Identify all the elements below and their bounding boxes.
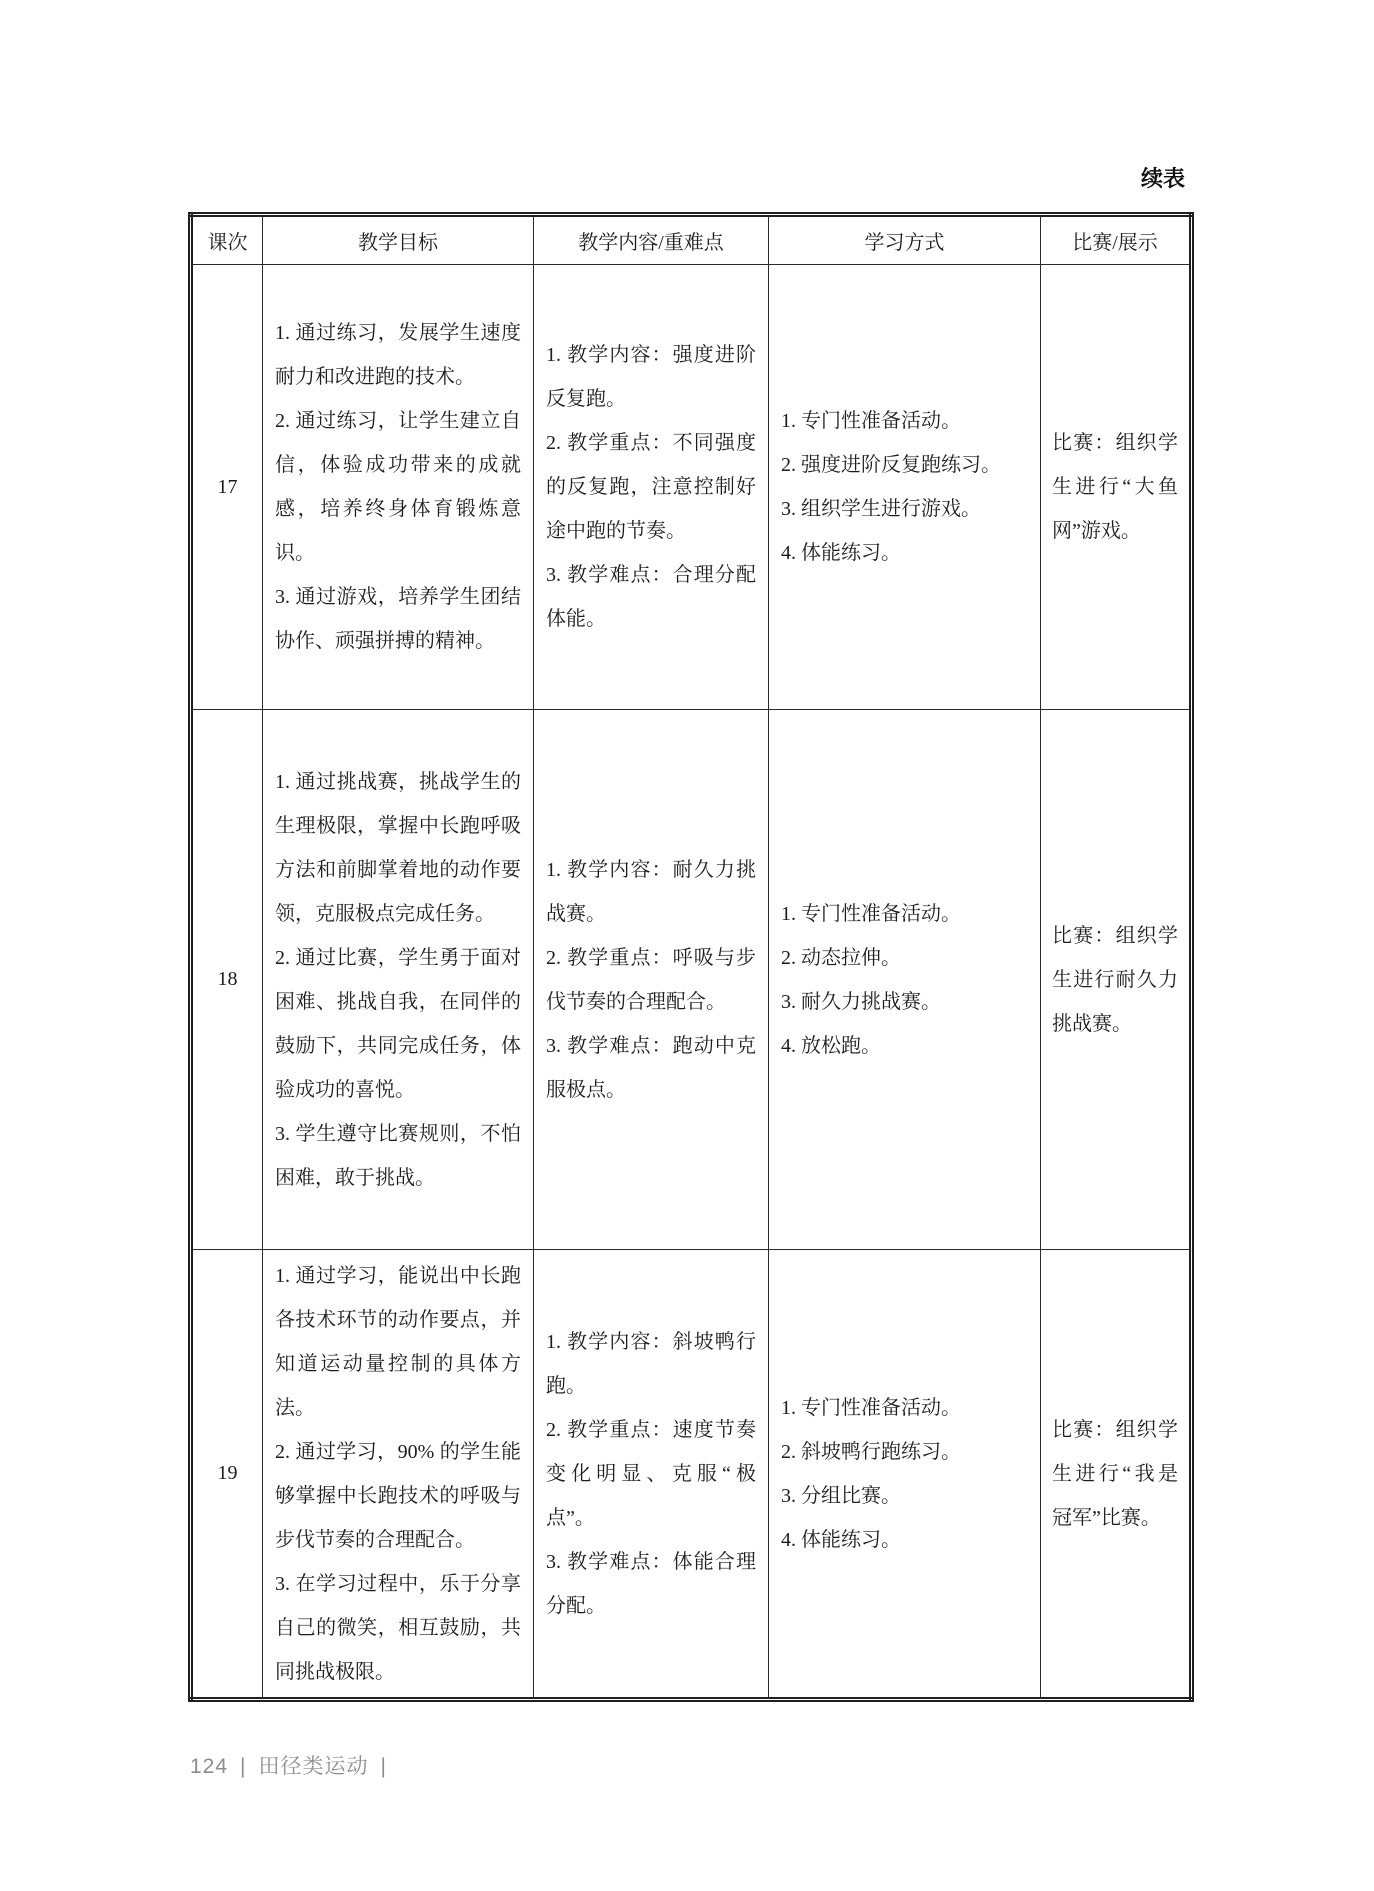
competition-cell: 比赛：组织学生进行“大鱼网”游戏。 bbox=[1041, 265, 1192, 710]
header-objectives: 教学目标 bbox=[263, 215, 534, 265]
page-number: 124 bbox=[190, 1755, 228, 1778]
list-item: 2. 动态拉伸。 bbox=[781, 936, 1028, 980]
header-competition: 比赛/展示 bbox=[1041, 215, 1192, 265]
lesson-plan-table: 课次 教学目标 教学内容/重难点 学习方式 比赛/展示 171. 通过练习，发展… bbox=[188, 212, 1194, 1702]
list-item: 1. 通过挑战赛，挑战学生的生理极限，掌握中长跑呼吸方法和前脚掌着地的动作要领，… bbox=[275, 760, 521, 936]
book-page: 续表 课次 教学目标 教学内容/重难点 学习方式 比赛/展示 171. 通过练习… bbox=[0, 0, 1374, 1891]
list-item: 4. 放松跑。 bbox=[781, 1024, 1028, 1068]
footer-section-title: 田径类运动 bbox=[259, 1755, 369, 1778]
list-item: 2. 教学重点：不同强度的反复跑，注意控制好途中跑的节奏。 bbox=[546, 421, 756, 553]
list-item: 1. 通过练习，发展学生速度耐力和改进跑的技术。 bbox=[275, 311, 521, 399]
list-item: 1. 通过学习，能说出中长跑各技术环节的动作要点，并知道运动量控制的具体方法。 bbox=[275, 1254, 521, 1430]
objectives-cell: 1. 通过学习，能说出中长跑各技术环节的动作要点，并知道运动量控制的具体方法。2… bbox=[263, 1250, 534, 1700]
competition-cell: 比赛：组织学生进行“我是冠军”比赛。 bbox=[1041, 1250, 1192, 1700]
list-item: 2. 强度进阶反复跑练习。 bbox=[781, 443, 1028, 487]
methods-cell: 1. 专门性准备活动。2. 动态拉伸。3. 耐久力挑战赛。4. 放松跑。 bbox=[769, 710, 1041, 1250]
list-item: 3. 教学难点：跑动中克服极点。 bbox=[546, 1024, 756, 1112]
list-item: 1. 专门性准备活动。 bbox=[781, 399, 1028, 443]
header-content: 教学内容/重难点 bbox=[534, 215, 769, 265]
list-item: 1. 专门性准备活动。 bbox=[781, 1386, 1028, 1430]
content-cell: 1. 教学内容：斜坡鸭行跑。2. 教学重点：速度节奏变化明显、克服“极点”。3.… bbox=[534, 1250, 769, 1700]
continued-table-label: 续表 bbox=[1141, 162, 1185, 193]
list-item: 2. 通过比赛，学生勇于面对困难、挑战自我，在同伴的鼓励下，共同完成任务，体验成… bbox=[275, 936, 521, 1112]
objectives-cell: 1. 通过挑战赛，挑战学生的生理极限，掌握中长跑呼吸方法和前脚掌着地的动作要领，… bbox=[263, 710, 534, 1250]
list-item: 1. 教学内容：斜坡鸭行跑。 bbox=[546, 1320, 756, 1408]
competition-cell: 比赛：组织学生进行耐久力挑战赛。 bbox=[1041, 710, 1192, 1250]
list-item: 4. 体能练习。 bbox=[781, 531, 1028, 575]
list-item: 3. 教学难点：合理分配体能。 bbox=[546, 553, 756, 641]
methods-cell: 1. 专门性准备活动。2. 强度进阶反复跑练习。3. 组织学生进行游戏。4. 体… bbox=[769, 265, 1041, 710]
list-item: 4. 体能练习。 bbox=[781, 1518, 1028, 1562]
header-lesson: 课次 bbox=[191, 215, 263, 265]
list-item: 3. 耐久力挑战赛。 bbox=[781, 980, 1028, 1024]
list-item: 3. 学生遵守比赛规则，不怕困难，敢于挑战。 bbox=[275, 1112, 521, 1200]
list-item: 2. 通过练习，让学生建立自信，体验成功带来的成就感，培养终身体育锻炼意识。 bbox=[275, 399, 521, 575]
table-row: 181. 通过挑战赛，挑战学生的生理极限，掌握中长跑呼吸方法和前脚掌着地的动作要… bbox=[191, 710, 1192, 1250]
lesson-number-cell: 19 bbox=[191, 1250, 263, 1700]
table-header-row: 课次 教学目标 教学内容/重难点 学习方式 比赛/展示 bbox=[191, 215, 1192, 265]
list-item: 2. 斜坡鸭行跑练习。 bbox=[781, 1430, 1028, 1474]
table-row: 191. 通过学习，能说出中长跑各技术环节的动作要点，并知道运动量控制的具体方法… bbox=[191, 1250, 1192, 1700]
list-item: 1. 专门性准备活动。 bbox=[781, 892, 1028, 936]
methods-cell: 1. 专门性准备活动。2. 斜坡鸭行跑练习。3. 分组比赛。4. 体能练习。 bbox=[769, 1250, 1041, 1700]
list-item: 2. 教学重点：呼吸与步伐节奏的合理配合。 bbox=[546, 936, 756, 1024]
page-footer: 124|田径类运动| bbox=[190, 1750, 399, 1780]
list-item: 1. 教学内容：耐久力挑战赛。 bbox=[546, 848, 756, 936]
header-methods: 学习方式 bbox=[769, 215, 1041, 265]
list-item: 3. 教学难点：体能合理分配。 bbox=[546, 1540, 756, 1628]
list-item: 3. 通过游戏，培养学生团结协作、顽强拼搏的精神。 bbox=[275, 575, 521, 663]
list-item: 1. 教学内容：强度进阶反复跑。 bbox=[546, 333, 756, 421]
footer-divider: | bbox=[240, 1755, 246, 1778]
list-item: 3. 组织学生进行游戏。 bbox=[781, 487, 1028, 531]
list-item: 2. 教学重点：速度节奏变化明显、克服“极点”。 bbox=[546, 1408, 756, 1540]
list-item: 2. 通过学习，90% 的学生能够掌握中长跑技术的呼吸与步伐节奏的合理配合。 bbox=[275, 1430, 521, 1562]
lesson-number-cell: 17 bbox=[191, 265, 263, 710]
table-body: 171. 通过练习，发展学生速度耐力和改进跑的技术。2. 通过练习，让学生建立自… bbox=[191, 265, 1192, 1700]
table-row: 171. 通过练习，发展学生速度耐力和改进跑的技术。2. 通过练习，让学生建立自… bbox=[191, 265, 1192, 710]
content-cell: 1. 教学内容：强度进阶反复跑。2. 教学重点：不同强度的反复跑，注意控制好途中… bbox=[534, 265, 769, 710]
footer-suffix: | bbox=[381, 1755, 387, 1778]
content-cell: 1. 教学内容：耐久力挑战赛。2. 教学重点：呼吸与步伐节奏的合理配合。3. 教… bbox=[534, 710, 769, 1250]
list-item: 3. 分组比赛。 bbox=[781, 1474, 1028, 1518]
objectives-cell: 1. 通过练习，发展学生速度耐力和改进跑的技术。2. 通过练习，让学生建立自信，… bbox=[263, 265, 534, 710]
list-item: 3. 在学习过程中，乐于分享自己的微笑，相互鼓励，共同挑战极限。 bbox=[275, 1562, 521, 1694]
lesson-number-cell: 18 bbox=[191, 710, 263, 1250]
table-header: 课次 教学目标 教学内容/重难点 学习方式 比赛/展示 bbox=[191, 215, 1192, 265]
